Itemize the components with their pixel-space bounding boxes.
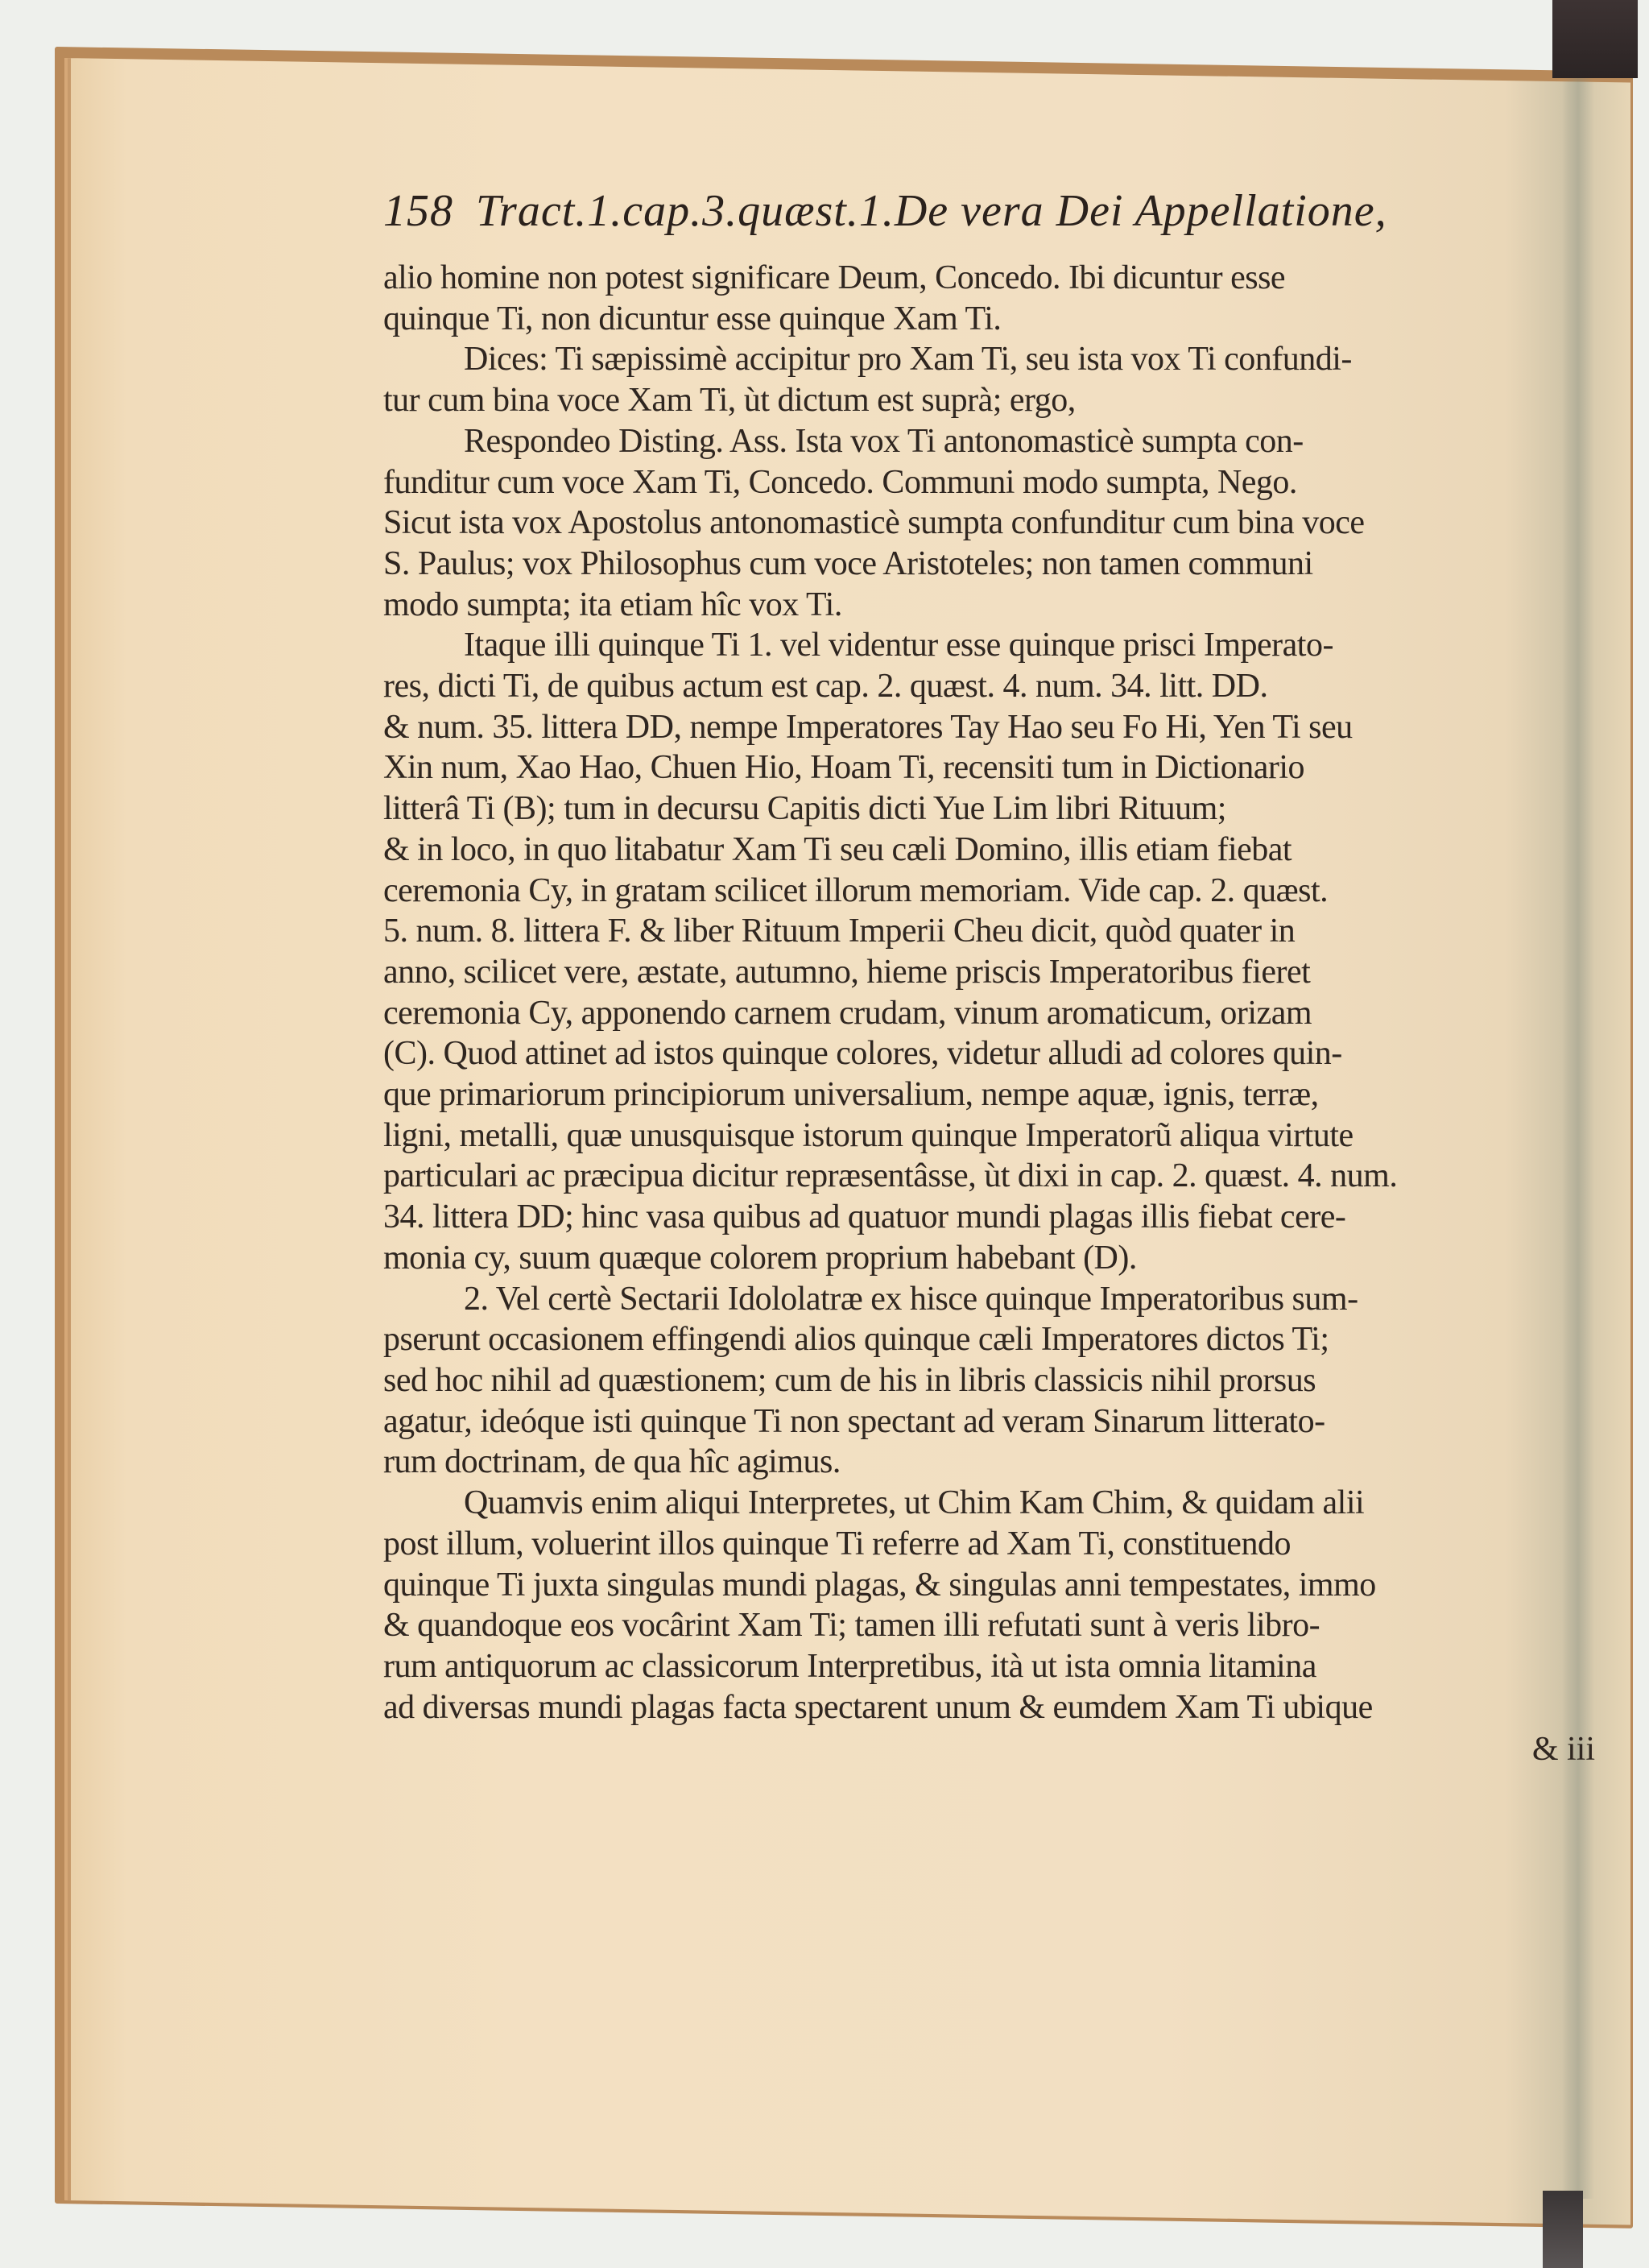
text-line: anno, scilicet vere, æstate, autumno, hi… <box>383 952 1639 993</box>
text-line: ad diversas mundi plagas facta spectaren… <box>383 1687 1639 1728</box>
text-line: Itaque illi quinque Ti 1. vel videntur e… <box>383 625 1639 666</box>
text-line: Respondeo Disting. Ass. Ista vox Ti anto… <box>383 421 1639 462</box>
text-line: & num. 35. littera DD, nempe Imperatores… <box>383 707 1639 748</box>
text-line: 5. num. 8. littera F. & liber Rituum Imp… <box>383 911 1639 952</box>
text-line: rum doctrinam, de qua hîc agimus. <box>383 1442 1639 1483</box>
text-line: quinque Ti juxta singulas mundi plagas, … <box>383 1565 1639 1606</box>
text-line: (C). Quod attinet ad istos quinque color… <box>383 1033 1639 1074</box>
text-line: post illum, voluerint illos quinque Ti r… <box>383 1524 1639 1565</box>
text-line: ceremonia Cy, in gratam scilicet illorum… <box>383 871 1639 912</box>
text-line: agatur, ideóque isti quinque Ti non spec… <box>383 1401 1639 1442</box>
text-line: quinque Ti, non dicuntur esse quinque Xa… <box>383 299 1639 340</box>
text-line: alio homine non potest significare Deum,… <box>383 258 1639 299</box>
body-text: alio homine non potest significare Deum,… <box>383 258 1639 1728</box>
text-line: pserunt occasionem effingendi alios quin… <box>383 1319 1639 1360</box>
text-line: litterâ Ti (B); tum in decursu Capitis d… <box>383 788 1639 830</box>
text-line: 2. Vel certè Sectarii Idololatræ ex hisc… <box>383 1279 1639 1320</box>
text-line: & quandoque eos vocârint Xam Ti; tamen i… <box>383 1605 1639 1646</box>
text-line: res, dicti Ti, de quibus actum est cap. … <box>383 666 1639 707</box>
text-line: modo sumpta; ita etiam hîc vox Ti. <box>383 585 1639 626</box>
text-line: & in loco, in quo litabatur Xam Ti seu c… <box>383 830 1639 871</box>
page-text-block: 158Tract.1.cap.3.quæst.1.De vera Dei App… <box>383 185 1639 1769</box>
running-head: 158Tract.1.cap.3.quæst.1.De vera Dei App… <box>383 185 1639 237</box>
page-clip-bottom <box>1543 2191 1583 2268</box>
catchword: & iii <box>383 1729 1639 1769</box>
text-line: sed hoc nihil ad quæstionem; cum de his … <box>383 1360 1639 1401</box>
page-clip-top <box>1552 0 1638 78</box>
text-line: S. Paulus; vox Philosophus cum voce Aris… <box>383 544 1639 585</box>
text-line: funditur cum voce Xam Ti, Concedo. Commu… <box>383 462 1639 503</box>
page-number: 158 <box>383 186 453 236</box>
text-line: Quamvis enim aliqui Interpretes, ut Chim… <box>383 1483 1639 1524</box>
text-line: 34. littera DD; hinc vasa quibus ad quat… <box>383 1197 1639 1238</box>
text-line: ceremonia Cy, apponendo carnem crudam, v… <box>383 993 1639 1034</box>
text-line: rum antiquorum ac classicorum Interpreti… <box>383 1646 1639 1687</box>
text-line: monia cy, suum quæque colorem proprium h… <box>383 1238 1639 1279</box>
text-line: ligni, metalli, quæ unusquisque istorum … <box>383 1115 1639 1157</box>
text-line: que primariorum principiorum universaliu… <box>383 1074 1639 1115</box>
text-line: Dices: Ti sæpissimè accipitur pro Xam Ti… <box>383 339 1639 380</box>
text-line: particulari ac præcipua dicitur repræsen… <box>383 1156 1639 1197</box>
text-line: Sicut ista vox Apostolus antonomasticè s… <box>383 503 1639 544</box>
text-line: tur cum bina voce Xam Ti, ùt dictum est … <box>383 380 1639 421</box>
text-line: Xin num, Xao Hao, Chuen Hio, Hoam Ti, re… <box>383 747 1639 788</box>
running-head-title: Tract.1.cap.3.quæst.1.De vera Dei Appell… <box>476 186 1387 236</box>
